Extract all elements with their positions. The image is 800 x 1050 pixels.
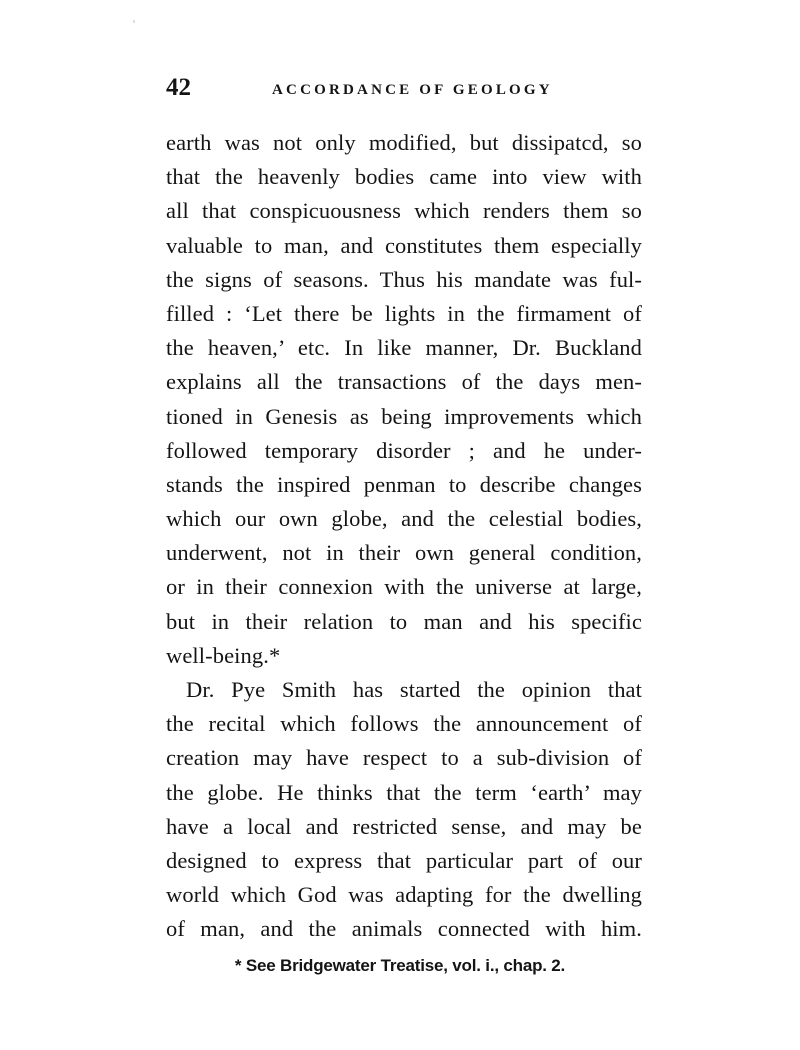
text-line: stands the inspired penman to describe c…	[166, 468, 642, 502]
text-line: the signs of seasons. Thus his mandate w…	[166, 263, 642, 297]
paragraph-start-line: Dr. Pye Smith has started the opinion th…	[166, 673, 642, 707]
text-line: designed to express that particular part…	[166, 844, 642, 878]
text-line: world which God was adapting for the dwe…	[166, 878, 642, 912]
text-line: that the heavenly bodies came into view …	[166, 160, 642, 194]
scan-speck	[133, 20, 135, 23]
text-line: of man, and the animals connected with h…	[166, 912, 642, 946]
text-line: all that conspicuousness which renders t…	[166, 194, 642, 228]
page-number: 42	[166, 74, 191, 102]
running-head: ACCORDANCE OF GEOLOGY	[272, 80, 553, 100]
page-header: 42 ACCORDANCE OF GEOLOGY	[166, 74, 646, 104]
text-line: followed temporary disorder ; and he und…	[166, 434, 642, 468]
text-line: valuable to man, and constitutes them es…	[166, 229, 642, 263]
text-line: tioned in Genesis as being improvements …	[166, 400, 642, 434]
text-line: have a local and restricted sense, and m…	[166, 810, 642, 844]
text-line: or in their connexion with the universe …	[166, 570, 642, 604]
text-line: creation may have respect to a sub-divis…	[166, 741, 642, 775]
text-line: explains all the transactions of the day…	[166, 365, 642, 399]
text-line: the recital which follows the announceme…	[166, 707, 642, 741]
body-text: earth was not only modified, but dissipa…	[166, 126, 642, 947]
text-line: which our own globe, and the celestial b…	[166, 502, 642, 536]
text-line: filled : ‘Let there be lights in the fir…	[166, 297, 642, 331]
text-line: underwent, not in their own general cond…	[166, 536, 642, 570]
text-line: the heaven,’ etc. In like manner, Dr. Bu…	[166, 331, 642, 365]
text-line: well-being.*	[166, 639, 642, 673]
footnote: * See Bridgewater Treatise, vol. i., cha…	[160, 954, 640, 978]
text-line: earth was not only modified, but dissipa…	[166, 126, 642, 160]
text-line: but in their relation to man and his spe…	[166, 605, 642, 639]
book-page: 42 ACCORDANCE OF GEOLOGY earth was not o…	[0, 0, 800, 1050]
text-line: the globe. He thinks that the term ‘eart…	[166, 776, 642, 810]
